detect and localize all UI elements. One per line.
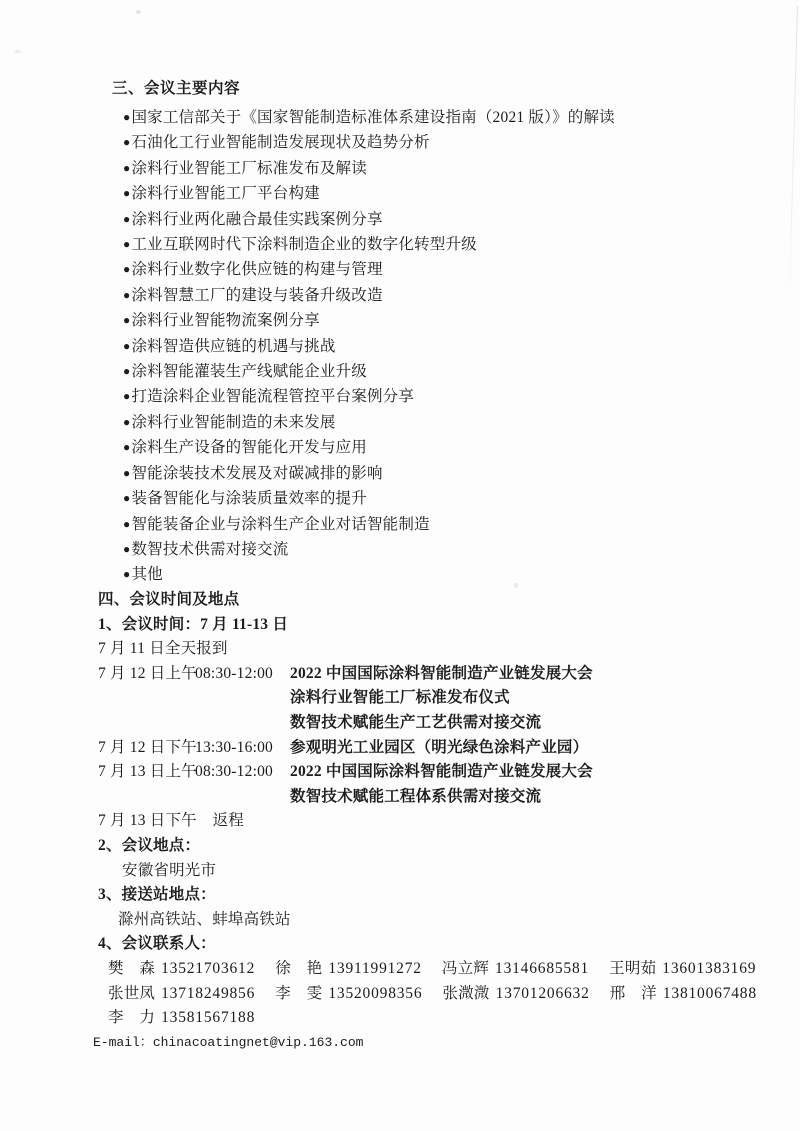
contact-phone: 13718249856: [161, 985, 255, 1002]
topic-text: 工业互联网时代下涂料制造企业的数字化转型升级: [131, 236, 476, 253]
schedule-time: 08:30-12:00: [195, 760, 290, 809]
schedule-desc: 2022 中国国际涂料智能制造产业链发展大会 数智技术赋能工程体系供需对接交流: [290, 760, 593, 809]
schedule-date: 7 月 12 日下午: [98, 736, 195, 761]
topic-text: 装备智能化与涂装质量效率的提升: [131, 490, 367, 507]
topic-item: ●涂料智能灌装生产线赋能企业升级: [123, 359, 615, 384]
contact-phone: 13601383169: [662, 960, 756, 977]
topic-text: 涂料行业智能制造的未来发展: [131, 414, 335, 431]
scan-speck: [136, 10, 141, 14]
return-line: 7 月 13 日下午 返程: [98, 809, 773, 834]
topic-text: 涂料行业智能工厂平台构建: [131, 185, 319, 202]
schedule-desc-line: 数智技术赋能工程体系供需对接交流: [290, 785, 593, 810]
schedule-row: 7 月 12 日下午 13:30-16:00 参观明光工业园区（明光绿色涂料产业…: [98, 736, 773, 761]
topic-text: 打造涂料企业智能流程管控平台案例分享: [131, 388, 414, 405]
topic-text: 数智技术供需对接交流: [131, 541, 288, 558]
topic-item: ●涂料行业数字化供应链的构建与管理: [123, 257, 615, 282]
topic-text: 国家工信部关于《国家智能制造标准体系建设指南（2021 版）》的解读: [131, 109, 614, 126]
topic-text: 涂料行业智能物流案例分享: [131, 312, 319, 329]
contact: 冯立辉13146685581: [442, 957, 589, 982]
topic-item: ●涂料行业智能工厂平台构建: [123, 181, 615, 206]
schedule-desc-line: 涂料行业智能工厂标准发布仪式: [290, 686, 593, 711]
schedule-row: 7 月 12 日上午 08:30-12:00 2022 中国国际涂料智能制造产业…: [98, 662, 773, 736]
contact-name: 邢 洋: [610, 985, 657, 1002]
bullet-icon: ●: [123, 262, 130, 276]
email-line: E-mail：chinacoatingnet@vip.163.com: [93, 1031, 773, 1056]
schedule-date: 7 月 12 日上午: [98, 662, 195, 736]
contact-phone: 13911991272: [328, 960, 421, 977]
arrival-line: 7 月 11 日全天报到: [98, 637, 773, 662]
contact-name: 李 力: [108, 1009, 155, 1026]
contact: 樊 森13521703612: [108, 957, 255, 982]
topic-item: ●智能涂装技术发展及对碳减排的影响: [123, 461, 615, 486]
schedule-date: 7 月 13 日上午: [98, 760, 195, 809]
topic-text: 涂料智慧工厂的建设与装备升级改造: [131, 287, 382, 304]
contact: 李 雯13520098356: [275, 982, 422, 1007]
venue-label: 2、会议地点：: [98, 834, 773, 859]
scanned-document-page: 三、会议主要内容 ●国家工信部关于《国家智能制造标准体系建设指南（2021 版）…: [0, 0, 800, 1131]
topic-text: 智能涂装技术发展及对碳减排的影响: [131, 465, 382, 482]
bullet-icon: ●: [123, 567, 130, 581]
topic-item: ●其他: [123, 562, 615, 587]
section-main-content: 三、会议主要内容 ●国家工信部关于《国家智能制造标准体系建设指南（2021 版）…: [112, 76, 615, 588]
contacts-row: 樊 森13521703612 徐 艳13911991272 冯立辉1314668…: [98, 957, 773, 982]
schedule-desc: 参观明光工业园区（明光绿色涂料产业园）: [290, 736, 588, 761]
bullet-icon: ●: [123, 491, 130, 505]
contact-phone: 13521703612: [161, 960, 255, 977]
topic-text: 智能装备企业与涂料生产企业对话智能制造: [131, 516, 429, 533]
contact-name: 王明茹: [609, 960, 656, 977]
meeting-time-label: 1、会议时间：7 月 11-13 日: [98, 613, 773, 638]
bullet-icon: ●: [123, 313, 130, 327]
contact-name: 李 雯: [275, 985, 322, 1002]
bullet-icon: ●: [123, 135, 130, 149]
contact-phone: 13520098356: [328, 985, 422, 1002]
section4-heading: 四、会议时间及地点: [98, 588, 773, 613]
topic-list: ●国家工信部关于《国家智能制造标准体系建设指南（2021 版）》的解读 ●石油化…: [123, 105, 615, 588]
schedule-desc-line: 2022 中国国际涂料智能制造产业链发展大会: [290, 760, 593, 785]
contact-phone: 13810067488: [663, 985, 757, 1002]
schedule-row: 7 月 13 日上午 08:30-12:00 2022 中国国际涂料智能制造产业…: [98, 760, 773, 809]
schedule-time: 08:30-12:00: [195, 662, 290, 736]
contact-name: 冯立辉: [442, 960, 489, 977]
bullet-icon: ●: [123, 440, 130, 454]
topic-text: 涂料生产设备的智能化开发与应用: [131, 439, 367, 456]
scan-speck: [14, 50, 21, 53]
contact-phone: 13581567188: [161, 1009, 255, 1026]
email-address: chinacoatingnet@vip.163.com: [153, 1035, 364, 1050]
email-label: E-mail：: [93, 1035, 153, 1050]
topic-text: 其他: [131, 566, 162, 583]
station-label: 3、接送站地点：: [98, 883, 773, 908]
topic-item: ●打造涂料企业智能流程管控平台案例分享: [123, 384, 615, 409]
bullet-icon: ●: [123, 364, 130, 378]
topic-item: ●涂料行业智能物流案例分享: [123, 308, 615, 333]
station-value: 滁州高铁站、蚌埠高铁站: [98, 908, 773, 933]
topic-item: ●涂料智造供应链的机遇与挑战: [123, 334, 615, 359]
bullet-icon: ●: [123, 161, 130, 175]
topic-item: ●涂料行业智能工厂标准发布及解读: [123, 156, 615, 181]
topic-item: ●智能装备企业与涂料生产企业对话智能制造: [123, 512, 615, 537]
contact-name: 樊 森: [108, 960, 155, 977]
bullet-icon: ●: [123, 339, 130, 353]
topic-item: ●涂料行业智能制造的未来发展: [123, 410, 615, 435]
contact-name: 张溦溦: [443, 985, 490, 1002]
contacts-label: 4、会议联系人：: [98, 932, 773, 957]
contact: 王明茹13601383169: [609, 957, 756, 982]
bullet-icon: ●: [123, 237, 130, 251]
topic-item: ●数智技术供需对接交流: [123, 537, 615, 562]
contact-phone: 13146685581: [495, 960, 589, 977]
topic-item: ●国家工信部关于《国家智能制造标准体系建设指南（2021 版）》的解读: [123, 105, 615, 130]
contacts-row: 李 力13581567188: [98, 1006, 773, 1031]
schedule-desc: 2022 中国国际涂料智能制造产业链发展大会 涂料行业智能工厂标准发布仪式 数智…: [290, 662, 593, 736]
bullet-icon: ●: [123, 186, 130, 200]
contact-name: 徐 艳: [275, 960, 322, 977]
contact: 李 力13581567188: [108, 1006, 255, 1031]
contact-name: 张世凤: [108, 985, 155, 1002]
contact: 张溦溦13701206632: [443, 982, 590, 1007]
schedule-desc-line: 数智技术赋能生产工艺供需对接交流: [290, 711, 593, 736]
topic-text: 涂料智造供应链的机遇与挑战: [131, 338, 335, 355]
bullet-icon: ●: [123, 542, 130, 556]
contact: 张世凤13718249856: [108, 982, 255, 1007]
contacts-row: 张世凤13718249856 李 雯13520098356 张溦溦1370120…: [98, 982, 773, 1007]
contact: 邢 洋13810067488: [610, 982, 757, 1007]
venue-value: 安徽省明光市: [98, 859, 773, 884]
topic-text: 涂料行业智能工厂标准发布及解读: [131, 160, 367, 177]
contact: 徐 艳13911991272: [275, 957, 422, 982]
section-time-place: 四、会议时间及地点 1、会议时间：7 月 11-13 日 7 月 11 日全天报…: [98, 588, 773, 1055]
topic-item: ●涂料智慧工厂的建设与装备升级改造: [123, 283, 615, 308]
topic-item: ●装备智能化与涂装质量效率的提升: [123, 486, 615, 511]
bullet-icon: ●: [123, 110, 130, 124]
topic-item: ●涂料行业两化融合最佳实践案例分享: [123, 207, 615, 232]
section3-heading: 三、会议主要内容: [112, 76, 615, 102]
bullet-icon: ●: [123, 415, 130, 429]
topic-item: ●涂料生产设备的智能化开发与应用: [123, 435, 615, 460]
bullet-icon: ●: [123, 517, 130, 531]
schedule-desc-line: 2022 中国国际涂料智能制造产业链发展大会: [290, 662, 593, 687]
topic-text: 涂料智能灌装生产线赋能企业升级: [131, 363, 367, 380]
contact-phone: 13701206632: [496, 985, 590, 1002]
bullet-icon: ●: [123, 288, 130, 302]
topic-text: 石油化工行业智能制造发展现状及趋势分析: [131, 134, 429, 151]
bullet-icon: ●: [123, 212, 130, 226]
schedule-time: 13:30-16:00: [195, 736, 290, 761]
scan-edge-shadow: [788, 6, 798, 316]
bullet-icon: ●: [123, 466, 130, 480]
schedule-desc-line: 参观明光工业园区（明光绿色涂料产业园）: [290, 736, 588, 761]
topic-text: 涂料行业数字化供应链的构建与管理: [131, 261, 382, 278]
topic-text: 涂料行业两化融合最佳实践案例分享: [131, 211, 382, 228]
topic-item: ●石油化工行业智能制造发展现状及趋势分析: [123, 130, 615, 155]
topic-item: ●工业互联网时代下涂料制造企业的数字化转型升级: [123, 232, 615, 257]
bullet-icon: ●: [123, 389, 130, 403]
